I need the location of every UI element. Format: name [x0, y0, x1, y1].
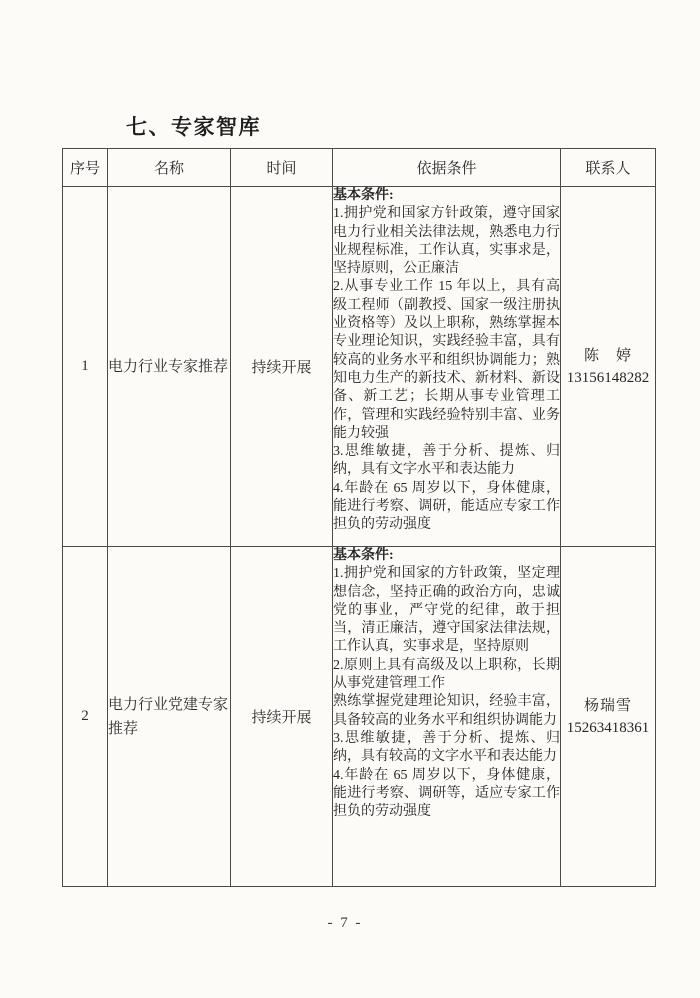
experts-table: 序号 名称 时间 依据条件 联系人 1 电力行业专家推荐 持续开展 基本条件: … — [62, 148, 656, 887]
conditions-heading: 基本条件: — [333, 547, 560, 565]
col-header-conditions: 依据条件 — [333, 149, 561, 187]
cell-time: 持续开展 — [231, 547, 333, 887]
cell-name: 电力行业党建专家推荐 — [108, 547, 231, 887]
cell-conditions: 基本条件: 1.拥护党和国家方针政策，遵守国家电力行业相关法律法规，熟悉电力行业… — [333, 187, 561, 547]
cell-index: 1 — [63, 187, 108, 547]
condition-paragraph: 2.原则上具有高级及以上职称，长期从事党建管理工作 — [333, 657, 560, 694]
cell-index: 2 — [63, 547, 108, 887]
col-header-name: 名称 — [108, 149, 231, 187]
contact-name: 陈 婷 — [561, 345, 655, 367]
condition-paragraph: 熟练掌握党建理论知识，经验丰富，具备较高的业务水平和组织协调能力 — [333, 693, 560, 730]
cell-contact: 杨瑞雪 15263418361 — [561, 547, 656, 887]
page-number: - 7 - — [0, 915, 690, 932]
contact-name: 杨瑞雪 — [561, 695, 655, 717]
section-title: 七、专家智库 — [126, 111, 261, 141]
col-header-time: 时间 — [231, 149, 333, 187]
cell-time: 持续开展 — [231, 187, 333, 547]
condition-paragraph: 1.拥护党和国家方针政策，遵守国家电力行业相关法律法规，熟悉电力行业规程标准，工… — [333, 205, 560, 278]
table-row: 2 电力行业党建专家推荐 持续开展 基本条件: 1.拥护党和国家的方针政策，坚定… — [63, 547, 656, 887]
cell-conditions: 基本条件: 1.拥护党和国家的方针政策，坚定理想信念，坚持正确的政治方向，忠诚党… — [333, 547, 561, 887]
condition-paragraph: 3.思维敏捷，善于分析、提炼、归纳，具有较高的文字水平和表达能力 — [333, 730, 560, 767]
table-row: 1 电力行业专家推荐 持续开展 基本条件: 1.拥护党和国家方针政策，遵守国家电… — [63, 187, 656, 547]
col-header-index: 序号 — [63, 149, 108, 187]
condition-paragraph: 4.年龄在 65 周岁以下，身体健康，能进行考察、调研等，适应专家工作担负的劳动… — [333, 767, 560, 822]
contact-phone: 15263418361 — [561, 717, 655, 739]
condition-paragraph: 1.拥护党和国家的方针政策，坚定理想信念，坚持正确的政治方向，忠诚党的事业，严守… — [333, 565, 560, 656]
condition-paragraph: 4.年龄在 65 周岁以下，身体健康，能进行考察、调研，能适应专家工作担负的劳动… — [333, 480, 560, 535]
cell-name: 电力行业专家推荐 — [108, 187, 231, 547]
contact-phone: 13156148282 — [561, 367, 655, 389]
document-page: 七、专家智库 序号 名称 时间 依据条件 联系人 1 电力行业专家推荐 持续开展 — [0, 0, 700, 998]
condition-paragraph: 2.从事专业工作 15 年以上，具有高级工程师（副教授、国家一级注册执业资格等）… — [333, 278, 560, 443]
table-header: 序号 名称 时间 依据条件 联系人 — [63, 149, 656, 187]
condition-paragraph: 3.思维敏捷，善于分析、提炼、归纳，具有文字水平和表达能力 — [333, 443, 560, 480]
cell-contact: 陈 婷 13156148282 — [561, 187, 656, 547]
conditions-heading: 基本条件: — [333, 187, 560, 205]
col-header-contact: 联系人 — [561, 149, 656, 187]
